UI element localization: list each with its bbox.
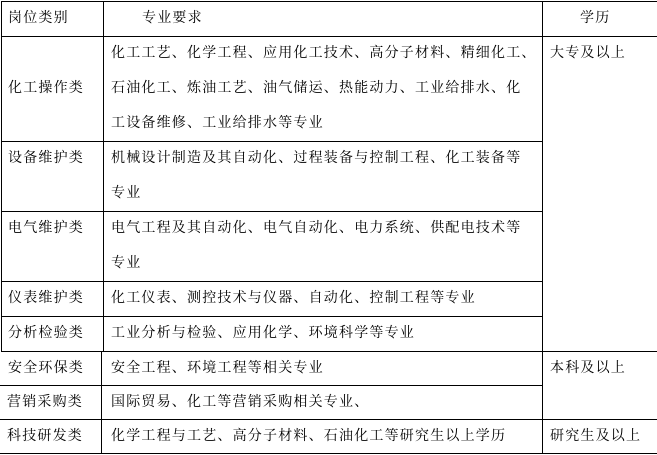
major-line: 化工工艺、化学工程、应用化工技术、高分子材料、精细化工、: [111, 36, 537, 71]
header-education: 学历: [580, 1, 610, 36]
table-row-major: 安全工程、环境工程等相关专业: [111, 351, 324, 385]
major-line: 机械设计制造及其自动化、过程装备与控制工程、化工装备等: [111, 141, 521, 176]
table-row-category: 仪表维护类: [8, 281, 84, 316]
table-row-major: 国际贸易、化工等营销采购相关专业、: [111, 385, 369, 419]
table-row-major: 机械设计制造及其自动化、过程装备与控制工程、化工装备等 专业: [111, 141, 521, 211]
table-row-major: 化学工程与工艺、高分子材料、石油化工等研究生以上学历: [111, 419, 506, 453]
table-row-category: 营销采购类: [7, 385, 83, 419]
major-line: 专业: [111, 246, 521, 281]
table-row-category: 电气维护类: [8, 211, 84, 246]
table-row-category: 化工操作类: [8, 71, 84, 106]
major-line: 石油化工、炼油工艺、油气储运、热能动力、工业给排水、化: [111, 71, 537, 106]
table-row-major: 工业分析与检验、应用化学、环境科学等专业: [111, 316, 415, 351]
major-line: 电气工程及其自动化、电气自动化、电力系统、供配电技术等: [111, 211, 521, 246]
column-divider-category: [103, 1, 104, 352]
major-line: 专业: [111, 176, 521, 211]
table-row-category: 设备维护类: [8, 141, 84, 176]
header-major: 专业要求: [142, 1, 203, 36]
border-bottom: [0, 453, 657, 454]
table-row-category: 安全环保类: [8, 351, 84, 385]
table-row-major: 电气工程及其自动化、电气自动化、电力系统、供配电技术等 专业: [111, 211, 521, 281]
border-left: [1, 1, 2, 352]
border-top: [1, 1, 657, 2]
header-category: 岗位类别: [8, 1, 69, 36]
column-divider-education: [542, 1, 543, 454]
table-row-category: 科技研发类: [7, 419, 83, 453]
major-line: 工设备维修、工业给排水等专业: [111, 106, 537, 141]
education-cell: 本科及以上: [550, 351, 626, 385]
table-row-category: 分析检验类: [8, 316, 84, 351]
education-cell: 研究生及以上: [550, 419, 641, 453]
column-divider-category: [101, 351, 102, 454]
table-row-major: 化工工艺、化学工程、应用化工技术、高分子材料、精细化工、 石油化工、炼油工艺、油…: [111, 36, 537, 141]
education-cell: 大专及以上: [550, 36, 626, 71]
table-row-major: 化工仪表、测控技术与仪器、自动化、控制工程等专业: [111, 281, 476, 316]
